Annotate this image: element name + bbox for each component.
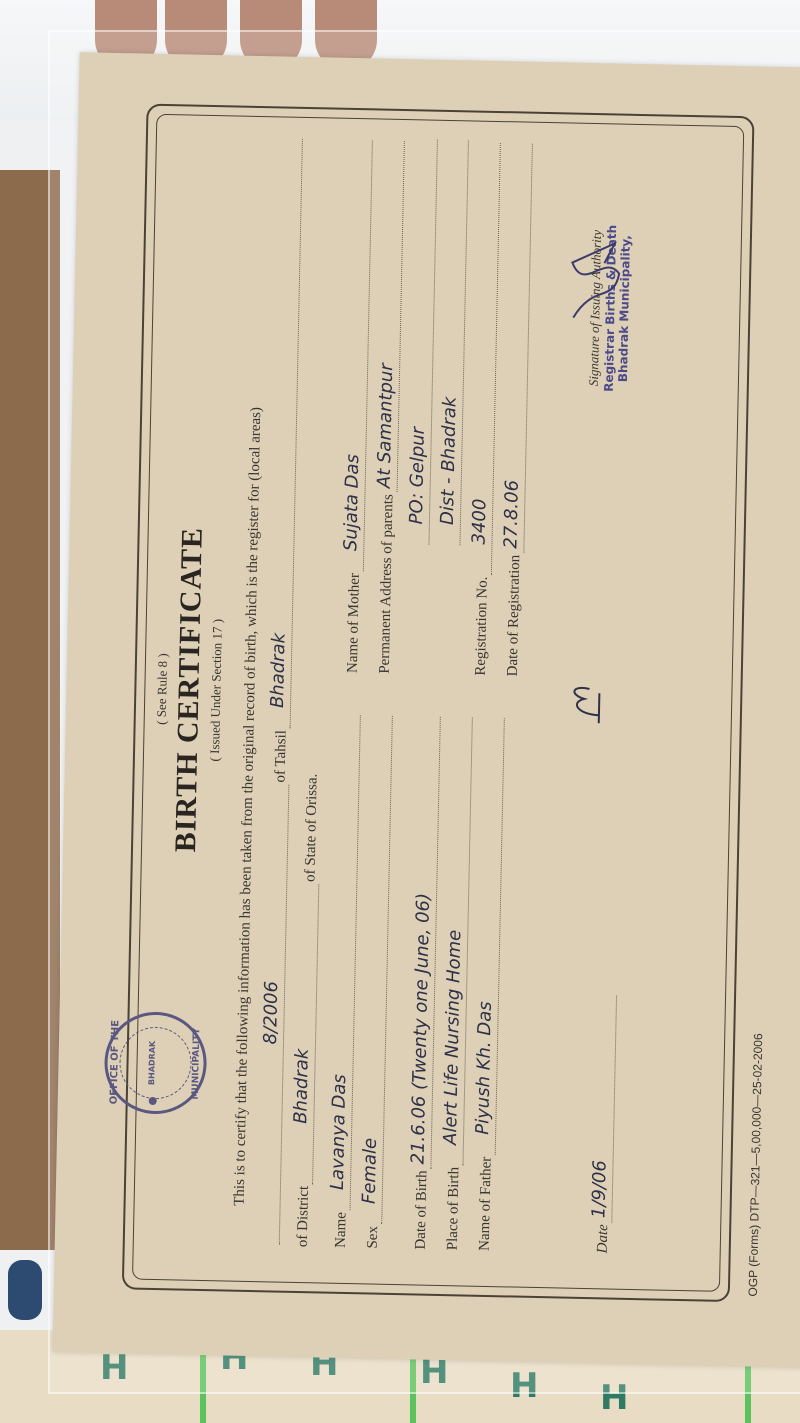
tahsil-value: Bhadrak [267,633,290,709]
sex-value: Female [359,1138,381,1205]
district-value: Bhadrak [290,1049,313,1125]
place-of-birth-value: Alert Life Nursing Home [440,930,466,1146]
address-value-3: Dist - Bhadrak [437,396,461,525]
address-value-2: PO: Gelpur [406,427,429,525]
issue-date-value: 1/9/06 [588,1160,610,1218]
father-name-line: Name of Father Piyush Kh. Das [468,716,505,1251]
local-area-value: 8/2006 [260,981,282,1045]
child-name-value: Lavanya Das [327,1074,350,1190]
address-value-1: At Samantpur [374,363,398,488]
name-line: Name Lavanya Das [324,713,361,1248]
place-of-birth-line: Place of Birth Alert Life Nursing Home [436,715,473,1250]
address-line-3: Dist - Bhadrak [433,140,468,545]
certificate-content: ( See Rule 8 ) BIRTH CERTIFICATE ( Issue… [143,134,738,1256]
right-column: Name of Mother Sujata Das Permanent Addr… [330,138,539,677]
district-label: of District [295,1186,313,1248]
registration-no-line: Registration No. 3400 [464,140,501,675]
registration-date-line: Date of Registration 27.8.06 [496,141,533,676]
father-name-value: Piyush Kh. Das [472,1001,496,1135]
mother-name-line: Name of Mother Sujata Das [336,138,373,673]
birth-certificate: OFFICE OF THE BHADRAK MUNICIPALITY ( See… [93,93,798,1327]
background-object [8,1260,42,1320]
registration-date-value: 27.8.06 [500,480,522,549]
tahsil-label: of Tahsil [272,730,290,783]
mother-name-value: Sujata Das [340,454,363,551]
sex-line: Sex Female [356,713,393,1248]
details-columns: Name Lavanya Das Sex Female Date of Birt… [318,138,539,1252]
signature-block: Date 1/9/06 Signature of Issuing Authori… [568,143,635,1254]
state-label: of State of Orissa. [302,773,321,882]
address-line-2: PO: Gelpur [402,139,437,544]
initial-mark-icon [559,672,610,733]
registration-no-value: 3400 [468,498,490,544]
form-footer: OGP (Forms) DTP—321—5,00,000—25-02-2006 [746,1033,766,1296]
address-line: Permanent Address of parents At Samantpu… [368,138,405,673]
certificate-paper: OFFICE OF THE BHADRAK MUNICIPALITY ( See… [52,52,800,1368]
date-of-birth-line: Date of Birth 21.6.06 (Twenty one June, … [404,714,441,1249]
signature-scrawl-icon [563,232,625,323]
date-of-birth-value: 21.6.06 (Twenty one June, 06) [407,893,434,1165]
issuing-authority-signature: Signature of Issuing Authority Registrar… [584,143,635,474]
left-column: Name Lavanya Das Sex Female Date of Birt… [318,713,527,1252]
issue-date-line: Date 1/9/06 [568,993,617,1254]
